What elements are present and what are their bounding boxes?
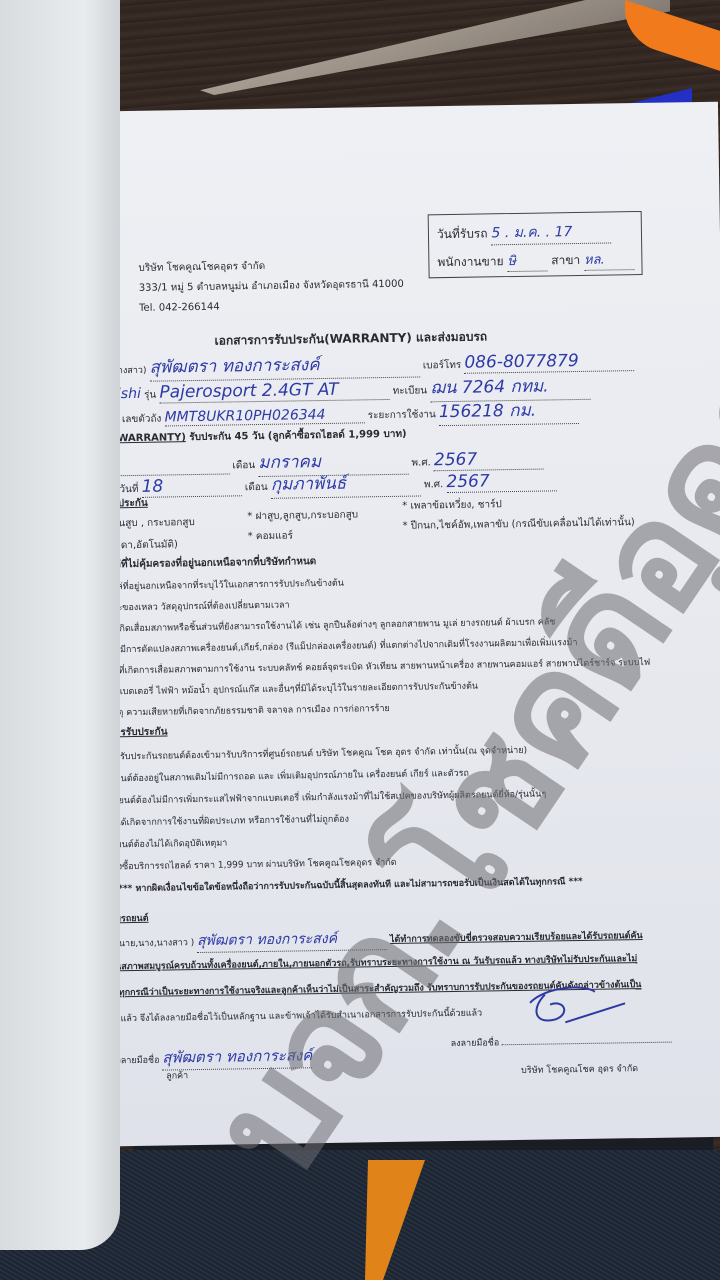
company-address: 333/1 หมู่ 5 ตำบลหนูม่น อำเภอเมือง จังหว… xyxy=(139,277,404,296)
end-day: 18 xyxy=(141,475,241,498)
salesperson-label: พนักงานขาย xyxy=(437,254,503,269)
model-label: รุ่น xyxy=(144,390,156,401)
covered-item: * เพลาข้อเหวี่ยง, ชาร์ป xyxy=(402,497,502,514)
plate-label: ทะเบียน xyxy=(393,385,428,397)
end-month: กุมภาพันธ์ xyxy=(271,468,421,498)
end-year: 2567 xyxy=(446,470,556,493)
company-role: บริษัท โชคคูณโชค อุดร จำกัด xyxy=(521,1061,638,1077)
covered-item: * คอมแอร์ xyxy=(248,528,294,544)
condition-item: 4.ไม่ได้เกิดจากการใช้งานที่ผิดประเภท หรื… xyxy=(97,812,349,830)
salesperson-value: ษิ xyxy=(507,249,547,272)
warranty-document: บริษัท โชคคูณโชคอุดร จำกัด 333/1 หมู่ 5 … xyxy=(66,102,720,1147)
year-label: พ.ศ. xyxy=(424,479,443,490)
document-title: เอกสารการรับประกัน(WARRANTY) และส่งมอบรถ xyxy=(214,327,487,350)
company-signature-line xyxy=(502,1042,672,1046)
not-covered-item: - อุบัติเหตุ ความเสียหายที่เกิดจากภัยธรร… xyxy=(85,701,390,720)
receipt-box: วันที่รับรถ 5 . ม.ค. . 17 พนักงานขาย ษิ … xyxy=(428,211,643,278)
month-label: เดือน xyxy=(245,482,268,493)
chassis-label: เลขตัวถัง xyxy=(122,414,162,426)
phone-value: 086-8077879 xyxy=(464,350,634,374)
warranty-subheading: รับประกัน 45 วัน (ลูกค้าซื้อรถไฮลด์ 1,99… xyxy=(189,429,406,443)
month-label: เดือน xyxy=(232,460,255,471)
covered-item: * ฝาสูบ,ลูกสูบ,กระบอกสูบ xyxy=(247,507,358,524)
mileage-value: 156218 กม. xyxy=(439,396,579,426)
branch-label: สาขา xyxy=(551,253,580,267)
branch-value: หล. xyxy=(584,248,634,271)
mileage-label: ระยะการใช้งาน xyxy=(368,409,436,421)
company-name: บริษัท โชคคูณโชคอุดร จำกัด xyxy=(138,259,265,276)
receipt-date-label: วันที่รับรถ xyxy=(437,226,488,241)
year-label: พ.ศ. xyxy=(411,457,430,468)
company-signature xyxy=(525,983,636,1030)
notebook-pages xyxy=(0,0,120,1250)
company-tel: Tel. 042-266144 xyxy=(139,302,220,314)
phone-label: เบอร์โทร xyxy=(423,360,462,372)
receipt-date-value: 5 . ม.ค. . 17 xyxy=(491,220,611,245)
chassis-value: MMT8UKR10PH026344 xyxy=(164,406,364,426)
